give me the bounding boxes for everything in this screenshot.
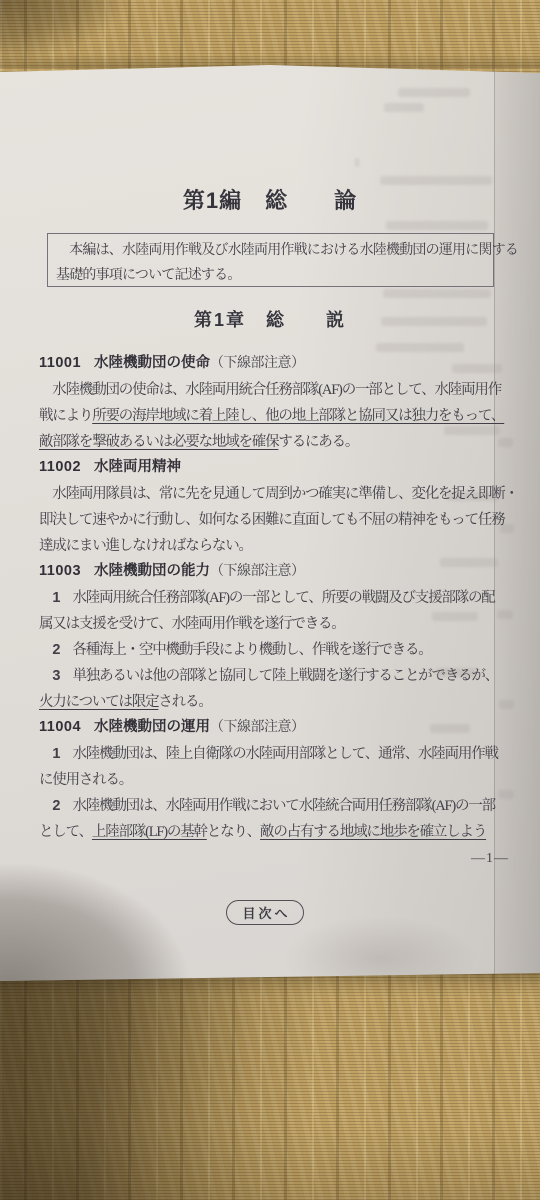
- ghost-text-mark: [355, 158, 359, 167]
- section-number: 11002: [39, 459, 81, 475]
- ghost-text-mark: [383, 289, 491, 298]
- section-title: 水陸機動団の運用: [94, 719, 210, 735]
- section-title: 水陸両用精神: [94, 459, 181, 475]
- section-heading: 11001水陸機動団の使命（下線部注意）: [39, 351, 506, 377]
- section-heading: 11004水陸機動団の運用（下線部注意）: [39, 715, 506, 741]
- body-line: 2 各種海上・空中機動手段により機動し、作戦を遂行できる。: [39, 637, 506, 663]
- ghost-text-mark: [384, 103, 424, 112]
- body-line: 水陸機動団の使命は、水陸両用統合任務部隊(AF)の一部として、水陸両用作: [39, 377, 506, 403]
- section-note: （下線部注意）: [210, 720, 305, 735]
- body-line: 3 単独あるいは他の部隊と協同して陸上戦闘を遂行することができるが、: [39, 663, 506, 689]
- photographer-shadow-on-tatami: [0, 952, 540, 1200]
- body-line: として、上陸部隊(LF)の基幹となり、敵の占有する地域に地歩を確立しよう: [39, 819, 506, 845]
- intro-box: 本編は、水陸両用作戦及び水陸両用作戦における水陸機動団の運用に関する 基礎的事項…: [47, 233, 494, 287]
- section-note: （下線部注意）: [210, 356, 305, 371]
- toc-button[interactable]: 目次へ: [226, 900, 304, 925]
- part-title: 第1編 総 論: [0, 184, 540, 215]
- body-line: 属又は支援を受けて、水陸両用作戦を遂行できる。: [39, 611, 506, 637]
- intro-box-line: 本編は、水陸両用作戦及び水陸両用作戦における水陸機動団の運用に関する: [56, 238, 485, 263]
- body-line: 火力については限定される。: [39, 689, 506, 715]
- body-line: に使用される。: [39, 767, 506, 793]
- body-line: 戦により所要の海岸地域に着上陸し、他の地上部隊と協同又は独力をもって、: [39, 403, 506, 429]
- section-heading: 11003水陸機動団の能力（下線部注意）: [39, 559, 506, 585]
- body-line: 1 水陸両用統合任務部隊(AF)の一部として、所要の戦闘及び支援部隊の配: [39, 585, 506, 611]
- ghost-text-mark: [398, 88, 470, 97]
- section-title: 水陸機動団の能力: [94, 563, 210, 579]
- intro-box-line: 基礎的事項について記述する。: [56, 263, 485, 288]
- page-number: —1—: [471, 851, 509, 867]
- section-note: （下線部注意）: [210, 564, 305, 579]
- ghost-text-mark: [386, 221, 488, 230]
- section-title: 水陸機動団の使命: [94, 355, 210, 371]
- section-number: 11001: [39, 355, 81, 371]
- body-line: 達成にまい進しなければならない。: [39, 533, 506, 559]
- document-body: 11001水陸機動団の使命（下線部注意） 水陸機動団の使命は、水陸両用統合任務部…: [39, 351, 506, 845]
- chapter-title: 第1章 総 説: [0, 306, 540, 332]
- photo-scene: 第1編 総 論 本編は、水陸両用作戦及び水陸両用作戦における水陸機動団の運用に関…: [0, 0, 540, 1200]
- section-number: 11003: [39, 563, 81, 579]
- section-number: 11004: [39, 719, 81, 735]
- body-line: 即決して速やかに行動し、如何なる困難に直面しても不屈の精神をもって任務: [39, 507, 506, 533]
- body-line: 2 水陸機動団は、水陸両用作戦において水陸統合両用任務部隊(AF)の一部: [39, 793, 506, 819]
- body-line: 1 水陸機動団は、陸上自衛隊の水陸両用部隊として、通常、水陸両用作戦: [39, 741, 506, 767]
- section-heading: 11002水陸両用精神: [39, 455, 506, 481]
- body-line: 水陸両用隊員は、常に先を見通して周到かつ確実に準備し、変化を捉え即断・: [39, 481, 506, 507]
- body-line: 敵部隊を撃破あるいは必要な地域を確保するにある。: [39, 429, 506, 455]
